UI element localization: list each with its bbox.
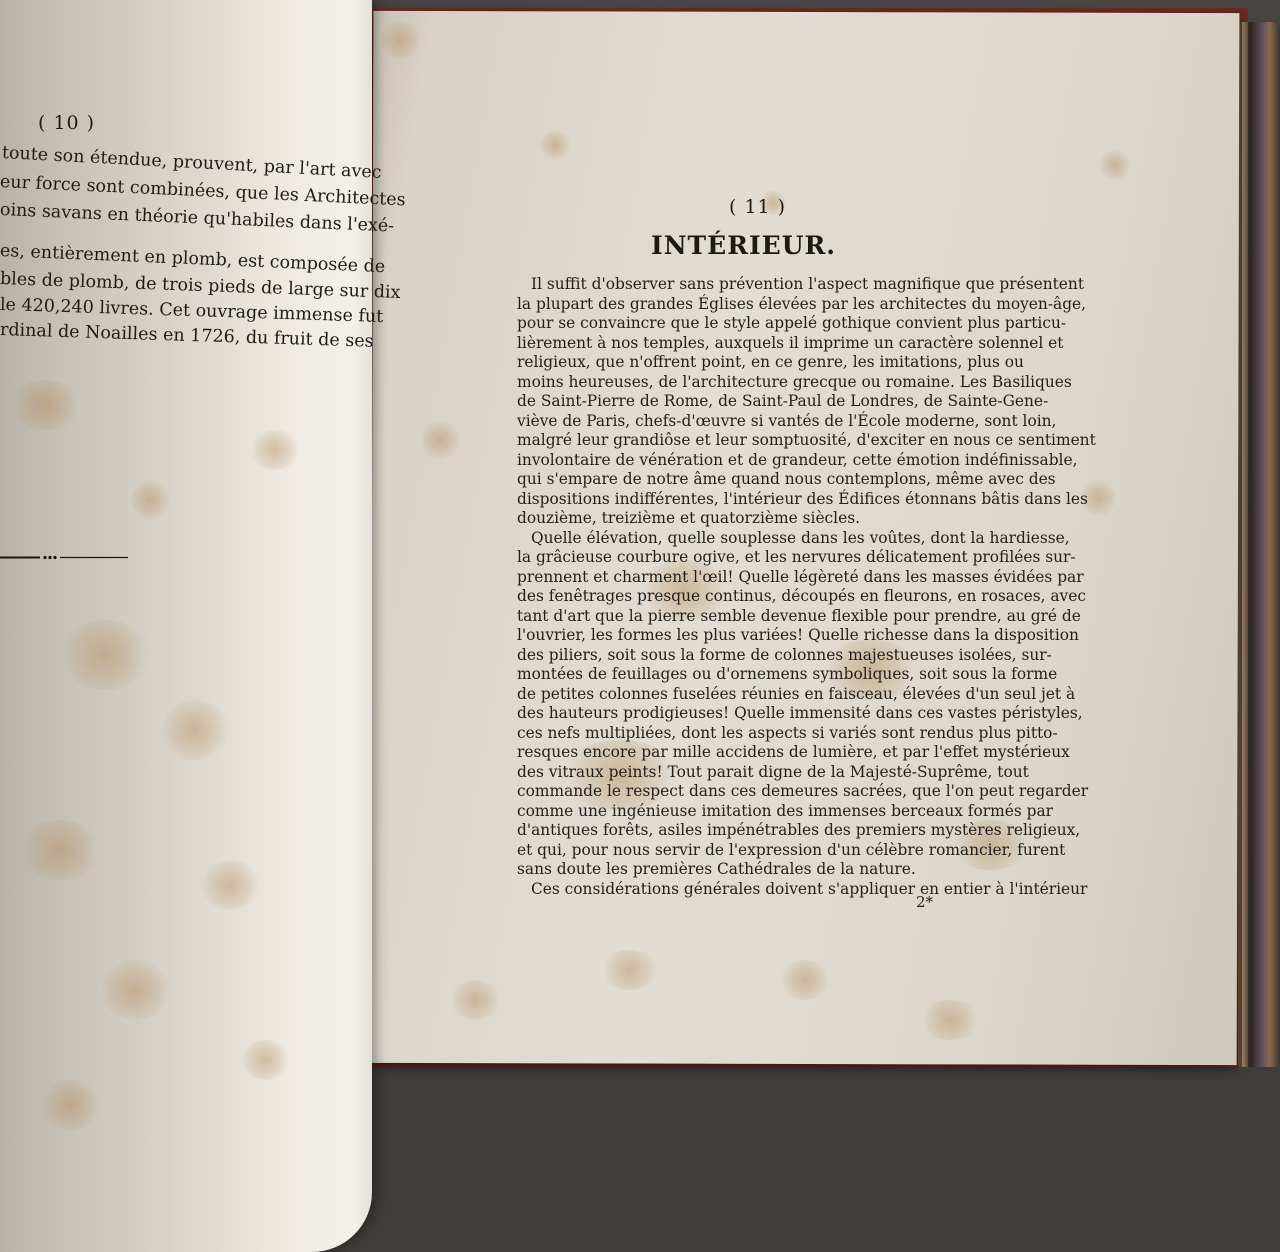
text-line: prennent et charment l'œil! Quelle légèr… [517, 568, 1017, 588]
text-line: et qui, pour nous servir de l'expression… [517, 841, 1017, 861]
text-line: pour se convaincre que le style appelé g… [517, 314, 1017, 334]
text-line: involontaire de vénération et de grandeu… [517, 451, 1017, 471]
signature-mark: 2* [916, 893, 933, 911]
text-line: lièrement à nos temples, auxquels il imp… [517, 334, 1017, 354]
text-line: des fenêtrages presque continus, découpé… [517, 587, 1017, 607]
text-line: des piliers, soit sous la forme de colon… [517, 646, 1017, 666]
body-text: Il suffit d'observer sans prévention l'a… [517, 275, 1017, 899]
text-line: de petites colonnes fuselées réunies en … [517, 685, 1017, 705]
text-line: montées de feuillages ou d'ornemens symb… [517, 665, 1017, 685]
show-through-text [870, 200, 1040, 260]
text-line: Quelle élévation, quelle souplesse dans … [517, 529, 1017, 549]
text-line: tant d'art que la pierre semble devenue … [517, 607, 1017, 627]
text-line: ces nefs multipliées, dont les aspects s… [517, 724, 1017, 744]
text-line: religieux, que n'offrent point, en ce ge… [517, 353, 1017, 373]
text-line: douzième, treizième et quatorzième siècl… [517, 509, 1017, 529]
text-line: sans doute les premières Cathédrales de … [517, 860, 1017, 880]
text-line: malgré leur grandiôse et leur somptuosit… [517, 431, 1017, 451]
text-line: l'ouvrier, les formes les plus variées! … [517, 626, 1017, 646]
text-line: de Saint-Pierre de Rome, de Saint-Paul d… [517, 392, 1017, 412]
text-line: resques encore par mille accidens de lum… [517, 743, 1017, 763]
page-number-right: ( 11 ) [729, 196, 786, 218]
table-surface [330, 1060, 1280, 1252]
page-number-left: ( 10 ) [38, 112, 95, 134]
text-line: des vitraux peints! Tout parait digne de… [517, 763, 1017, 783]
text-line: dispositions indifférentes, l'intérieur … [517, 490, 1017, 510]
text-line: des hauteurs prodigieuses! Quelle immens… [517, 704, 1017, 724]
text-line: la grâcieuse courbure ogive, et les nerv… [517, 548, 1017, 568]
text-line: moins heureuses, de l'architecture grecq… [517, 373, 1017, 393]
text-line: Il suffit d'observer sans prévention l'a… [517, 275, 1017, 295]
text-line: Ces considérations générales doivent s'a… [517, 880, 1017, 900]
chapter-heading: INTÉRIEUR. [651, 231, 836, 260]
section-ornament [0, 555, 130, 560]
text-line: viève de Paris, chefs-d'œuvre si vantés … [517, 412, 1017, 432]
text-line: qui s'empare de notre âme quand nous con… [517, 470, 1017, 490]
text-line: la plupart des grandes Églises élevées p… [517, 295, 1017, 315]
text-line: comme une ingénieuse imitation des immen… [517, 802, 1017, 822]
marbled-cover-edge [1238, 22, 1280, 1067]
text-line: commande le respect dans ces demeures sa… [517, 782, 1017, 802]
text-line: d'antiques forêts, asiles impénétrables … [517, 821, 1017, 841]
